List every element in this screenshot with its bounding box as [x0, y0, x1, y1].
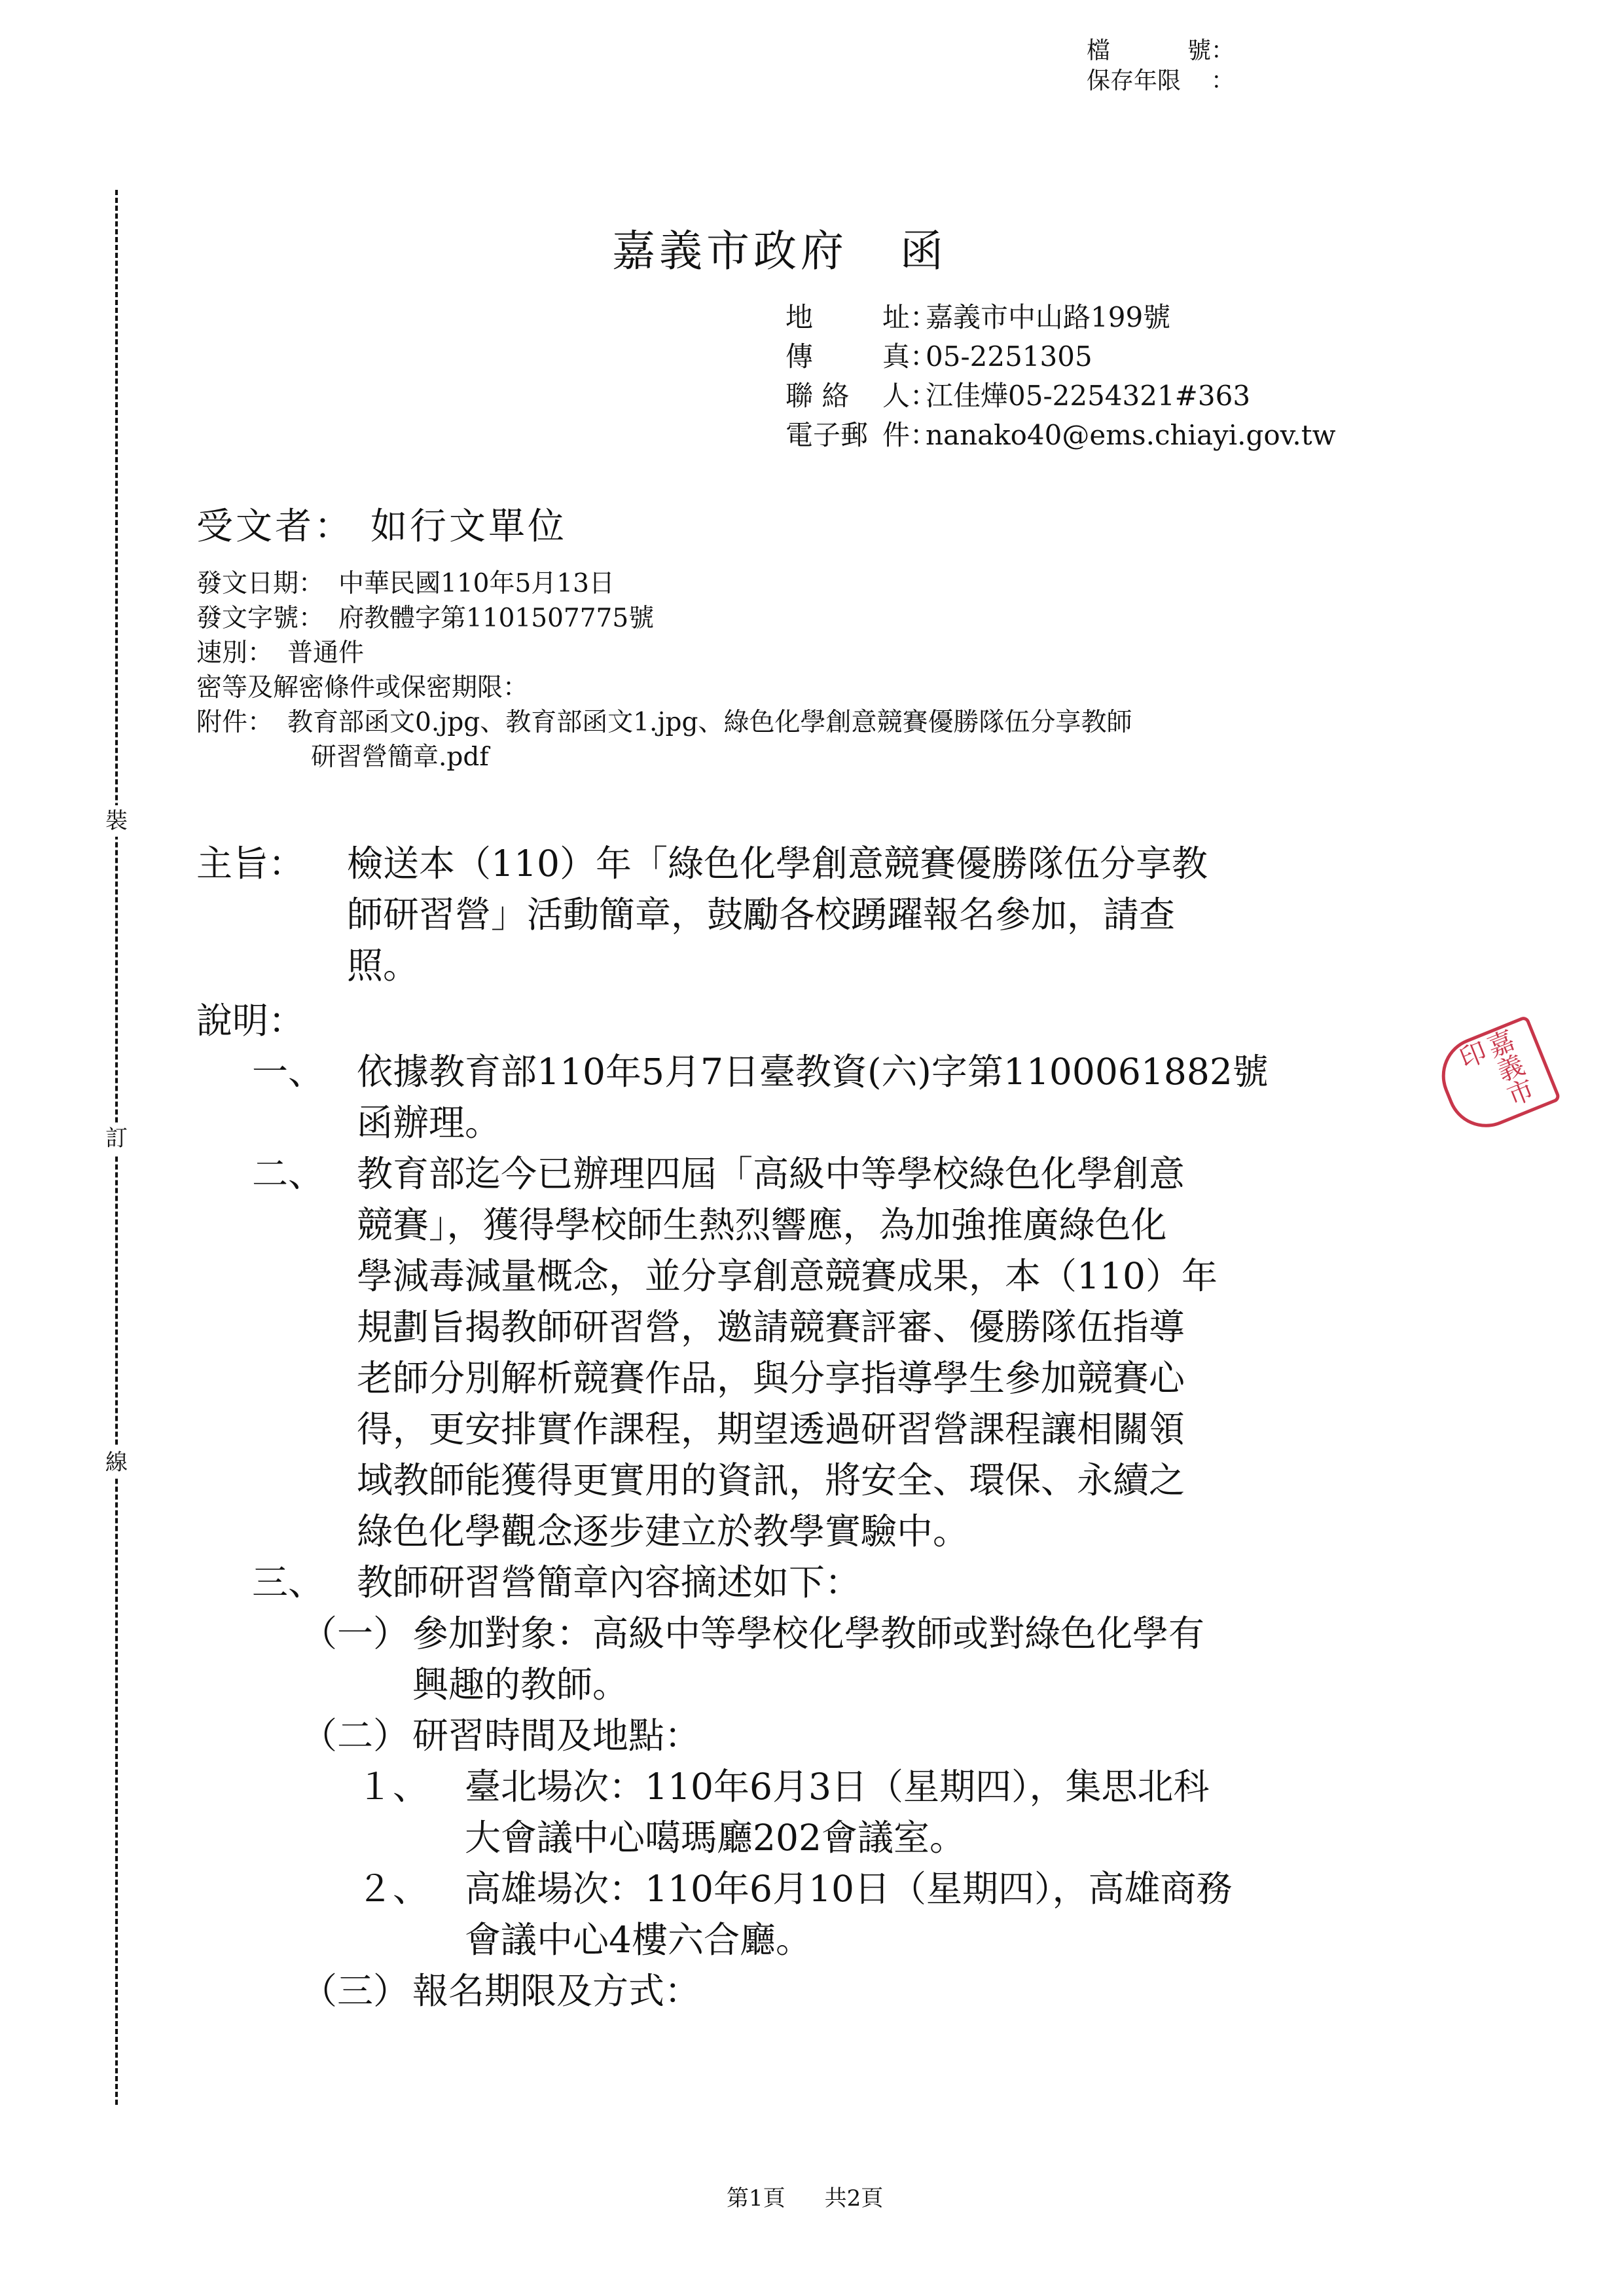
recipient: 受文者：如行文單位: [196, 498, 567, 550]
speed-label: 速別：: [196, 636, 273, 670]
sub-item-marker: （二）: [301, 1710, 412, 1761]
contact-address: 地址：嘉義市中山路199號: [785, 298, 1336, 337]
subject-line: 師研習營」活動簡章，鼓勵各校踴躍報名參加，請查: [347, 889, 1175, 940]
item-marker: 三、: [252, 1557, 357, 1608]
attachments-list[interactable]: 教育部函文0.jpg、教育部函文1.jpg、綠色化學創意競賽優勝隊伍分享教師: [287, 705, 1132, 740]
contact-person: 聯 絡人：江佳燁05-2254321#363: [785, 376, 1336, 416]
sub-item-participants: （一）參加對象：高級中等學校化學教師或對綠色化學有: [196, 1608, 1269, 1659]
issue-date-value: 中華民國110年5月13日: [338, 566, 615, 601]
email-link[interactable]: nanako40@ems.chiayi.gov.tw: [926, 416, 1336, 455]
item-text: 競賽」，獲得學校師生熱烈響應，為加強推廣綠色化: [196, 1199, 1269, 1250]
sub-item-text: 報名期限及方式：: [412, 1970, 700, 2012]
item-text: 教育部迄今已辦理四屆「高級中等學校綠色化學創意: [357, 1153, 1185, 1195]
session-marker: １、: [357, 1761, 465, 1812]
sub-item-marker: （一）: [301, 1608, 412, 1659]
session-text: 臺北場次：110年6月3日（星期四），集思北科: [465, 1766, 1209, 1808]
binding-char-xian: 線: [101, 1447, 132, 1478]
page-current: 第1頁: [727, 2185, 785, 2212]
label: 聯 絡: [785, 376, 849, 416]
label: 傳: [785, 337, 813, 376]
colon: ：: [910, 337, 926, 376]
item-marker: 二、: [252, 1148, 357, 1199]
fax-value: 05-2251305: [926, 337, 1092, 376]
subject-section: 主旨：檢送本（110）年「綠色化學創意競賽優勝隊伍分享教 師研習營」活動簡章，鼓…: [196, 838, 1208, 991]
secrecy-label: 密等及解密條件或保密期限：: [196, 670, 528, 705]
item-text: 規劃旨揭教師研習營，邀請競賽評審、優勝隊伍指導: [196, 1302, 1269, 1353]
explanation-label: 說明：: [196, 995, 1269, 1046]
issue-number-label: 發文字號：: [196, 601, 324, 636]
item-text: 老師分別解析競賽作品，與分享指導學生參加競賽心: [196, 1353, 1269, 1404]
page-footer: 第1頁共2頁: [727, 2180, 883, 2212]
subject-line: 檢送本（110）年「綠色化學創意競賽優勝隊伍分享教: [347, 838, 1208, 889]
item-text: 綠色化學觀念逐步建立於教學實驗中。: [196, 1506, 1269, 1557]
item-text: 依據教育部110年5月7日臺教資(六)字第1100061882號: [357, 1051, 1269, 1093]
attachments-row: 附件：教育部函文0.jpg、教育部函文1.jpg、綠色化學創意競賽優勝隊伍分享教…: [196, 705, 1132, 740]
official-seal-stamp: 嘉義市印: [1430, 1015, 1562, 1139]
label: 件: [882, 416, 910, 455]
speed-value: 普通件: [287, 636, 364, 670]
contact-email: 電子郵件：nanako40@ems.chiayi.gov.tw: [785, 416, 1336, 455]
colon: ：: [910, 376, 926, 416]
attachments-list-cont[interactable]: 研習營簡章.pdf: [196, 740, 1132, 774]
colon: ：: [1211, 36, 1235, 66]
sub-item-registration: （三）報名期限及方式：: [196, 1965, 1269, 2016]
sub-item-text: 研習時間及地點：: [412, 1715, 700, 1757]
sub-item-marker: （三）: [301, 1965, 412, 2016]
issuer-name: 嘉義市政府: [612, 226, 848, 276]
explanation-section: 說明： 一、依據教育部110年5月7日臺教資(六)字第1100061882號 函…: [196, 995, 1269, 2016]
contact-fax: 傳真：05-2251305: [785, 337, 1336, 376]
subject-line: 照。: [347, 940, 419, 991]
session-kaohsiung: ２、高雄場次：110年6月10日（星期四），高雄商務: [196, 1863, 1269, 1914]
secrecy-row: 密等及解密條件或保密期限：: [196, 670, 1132, 705]
speed-row: 速別：普通件: [196, 636, 1132, 670]
item-text: 教師研習營簡章內容摘述如下：: [357, 1561, 861, 1603]
recipient-label: 受文者：: [196, 505, 353, 548]
label: 真: [882, 337, 910, 376]
item-text: 域教師能獲得更實用的資訊，將安全、環保、永續之: [196, 1455, 1269, 1506]
retention-row: 保存年限 ：: [1087, 66, 1235, 96]
recipient-value: 如行文單位: [370, 505, 567, 548]
label: 人: [882, 376, 910, 416]
issue-number-value: 府教體字第1101507775號: [338, 601, 654, 636]
colon: ：: [1211, 66, 1235, 96]
file-number-label-a: 檔: [1087, 36, 1110, 66]
contact-block: 地址：嘉義市中山路199號 傳真：05-2251305 聯 絡人：江佳燁05-2…: [785, 298, 1336, 455]
binding-char-zhuang: 裝: [101, 805, 132, 837]
colon: ：: [910, 298, 926, 337]
retention-label: 保存年限: [1087, 66, 1211, 96]
file-number-row: 檔號 ：: [1087, 36, 1235, 66]
issue-date-label: 發文日期：: [196, 566, 324, 601]
contact-person-value: 江佳燁05-2254321#363: [926, 376, 1250, 416]
file-number-label-b: 號: [1187, 36, 1211, 66]
session-text: 大會議中心噶瑪廳202會議室。: [196, 1812, 1269, 1863]
file-meta: 檔號 ： 保存年限 ：: [1087, 36, 1235, 96]
label: 地: [785, 298, 813, 337]
colon: ：: [910, 416, 926, 455]
document-type: 函: [900, 226, 947, 276]
label: 電子郵: [785, 416, 868, 455]
binding-char-ding: 訂: [101, 1123, 132, 1154]
session-text: 高雄場次：110年6月10日（星期四），高雄商務: [465, 1868, 1232, 1910]
session-text: 會議中心4樓六合廳。: [196, 1914, 1269, 1965]
explanation-item-2: 二、教育部迄今已辦理四屆「高級中等學校綠色化學創意: [196, 1148, 1269, 1199]
session-taipei: １、臺北場次：110年6月3日（星期四），集思北科: [196, 1761, 1269, 1812]
page-total: 共2頁: [825, 2185, 884, 2212]
item-text: 函辦理。: [196, 1097, 1269, 1148]
explanation-item-1: 一、依據教育部110年5月7日臺教資(六)字第1100061882號: [196, 1046, 1269, 1097]
document-title: 嘉義市政府函: [612, 216, 947, 278]
document-meta: 發文日期：中華民國110年5月13日 發文字號：府教體字第1101507775號…: [196, 566, 1132, 774]
sub-item-text: 興趣的教師。: [196, 1659, 1269, 1710]
address-value: 嘉義市中山路199號: [926, 298, 1170, 337]
explanation-item-3: 三、教師研習營簡章內容摘述如下：: [196, 1557, 1269, 1608]
seal-text: 嘉義市印: [1452, 1027, 1540, 1128]
session-marker: ２、: [357, 1863, 465, 1914]
attachments-label: 附件：: [196, 705, 273, 740]
issue-number-row: 發文字號：府教體字第1101507775號: [196, 601, 1132, 636]
item-text: 得，更安排實作課程，期望透過研習營課程讓相關領: [196, 1404, 1269, 1455]
issue-date-row: 發文日期：中華民國110年5月13日: [196, 566, 1132, 601]
label: 址: [882, 298, 910, 337]
sub-item-text: 參加對象：高級中等學校化學教師或對綠色化學有: [412, 1613, 1204, 1654]
sub-item-time-location: （二）研習時間及地點：: [196, 1710, 1269, 1761]
item-text: 學減毒減量概念，並分享創意競賽成果，本（110）年: [196, 1250, 1269, 1302]
subject-label: 主旨：: [196, 838, 347, 889]
item-marker: 一、: [252, 1046, 357, 1097]
